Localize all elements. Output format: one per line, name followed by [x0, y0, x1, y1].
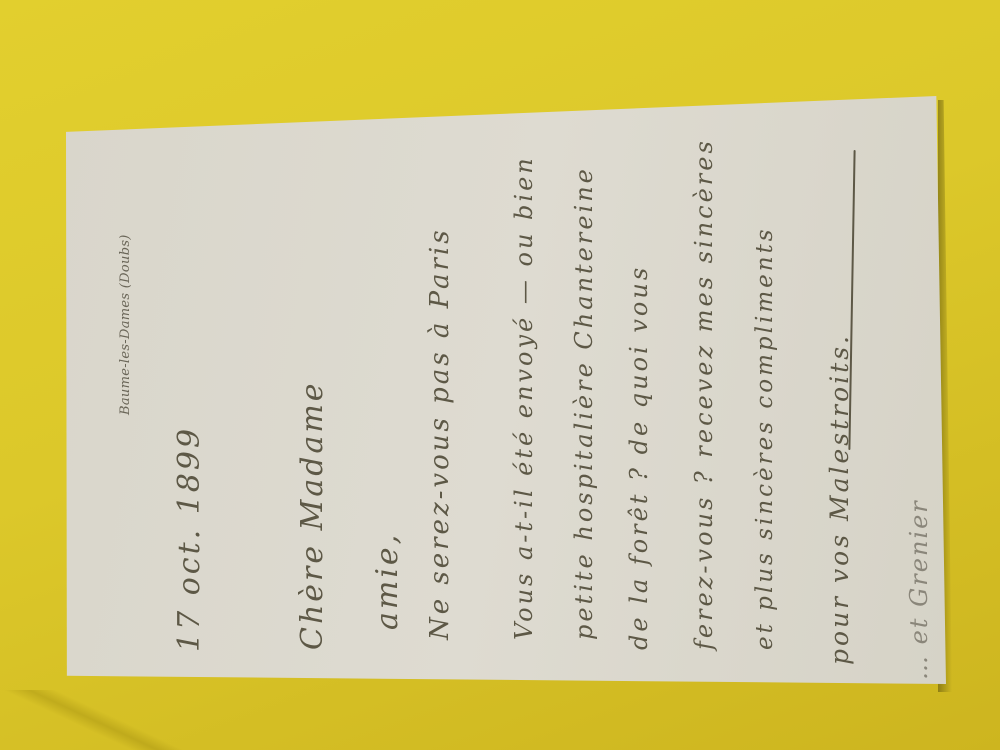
letter-line-3: Vous a-t-il été envoyé — ou bien [510, 155, 538, 640]
letter-line-6: ferez-vous ? recevez mes sincères [690, 138, 718, 650]
letter-date: 17 oct. 1899 [172, 426, 207, 652]
letter-line-4: petite hospitalière Chantereine [570, 166, 598, 640]
letter-line-1: amie, [370, 532, 405, 630]
letter-line-5: de la forêt ? de quoi vous [625, 265, 653, 650]
margin-note: … et Grenier [905, 499, 933, 680]
background-fold-shadow [0, 690, 200, 750]
letter-line-2: Ne serez-vous pas à Paris [425, 227, 455, 640]
letterhead: Baume-les-Dames (Doubs) [118, 234, 133, 415]
letter-salutation: Chère Madame [295, 380, 330, 650]
letter-line-7: et plus sincères compliments [752, 226, 778, 650]
